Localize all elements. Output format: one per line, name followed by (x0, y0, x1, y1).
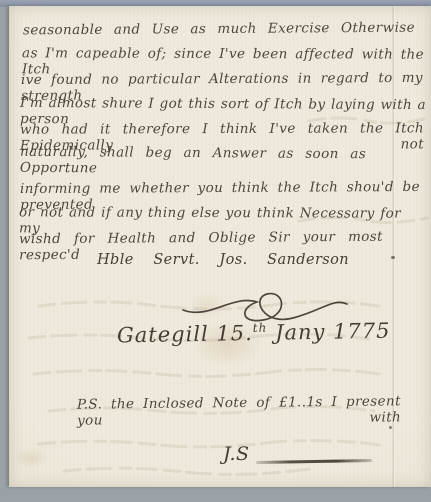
letter-paper: seasonable and Use as much Exercise Othe… (9, 6, 431, 487)
letter-photograph: { "page": { "background_color": "#9aa1a7… (0, 0, 431, 502)
signature-closing: Hble Servt. Jos. Sanderson (97, 252, 349, 268)
letter-line: seasonable and Use as much Exercise Othe… (23, 20, 415, 39)
dateline-ordinal: th (253, 321, 268, 335)
ink-speck (389, 426, 392, 429)
dateline: Gategill 15.th Jany 1775 (117, 319, 391, 348)
postscript: P.S. the Inclosed Note of £1..1s I prese… (77, 393, 401, 428)
dateline-month-year: Jany 1775 (275, 319, 391, 345)
signature-initials: J.S (223, 443, 249, 465)
ink-speck (391, 256, 395, 259)
letter-line: naturally, shall beg an Answer as soon a… (20, 144, 366, 178)
dateline-place-day: Gategill 15. (117, 321, 253, 347)
